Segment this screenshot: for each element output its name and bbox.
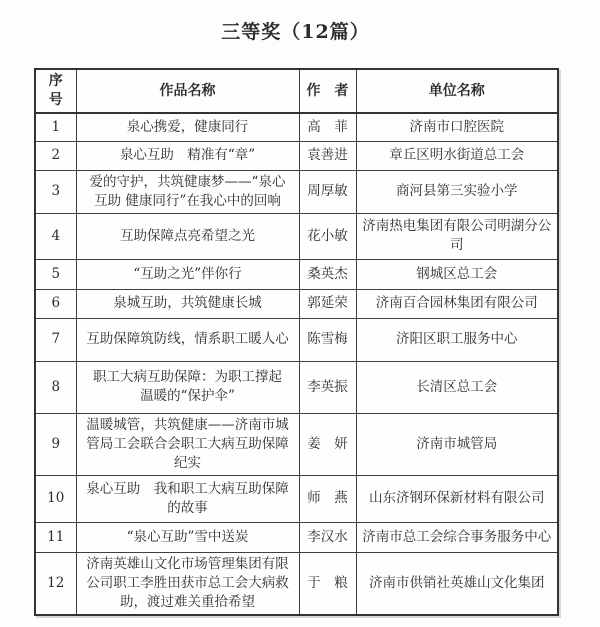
unit-cell: 济南市总工会综合事务服务中心 <box>356 522 558 552</box>
table-row: 7 互助保障筑防线，情系职工暖人心 陈雪梅 济阳区职工服务中心 <box>35 318 558 361</box>
author-cell: 于 粮 <box>299 552 356 615</box>
work-title-cell: 济南英雄山文化市场管理集团有限 公司职工李胜田获市总工会大病救 助，渡过难关重拾… <box>76 552 299 615</box>
row-number-cell: 1 <box>35 113 76 141</box>
row-number-cell: 10 <box>35 475 76 522</box>
table-row: 8 职工大病互助保障：为职工撑起 温暖的“保护伞” 李英振 长清区总工会 <box>35 361 558 413</box>
unit-cell: 济南热电集团有限公司明湖分公 司 <box>356 213 558 259</box>
unit-cell: 钢城区总工会 <box>356 259 558 289</box>
unit-cell: 山东济钢环保新材料有限公司 <box>356 475 558 522</box>
document-page: 三等奖（12篇） 序 号 作品名称 作 者 单位名称 1 泉心携爱，健康同行 高… <box>34 22 557 616</box>
work-title-cell: 互助保障点亮希望之光 <box>76 213 299 259</box>
unit-cell: 济南市城管局 <box>356 413 558 475</box>
unit-cell: 济南百合园林集团有限公司 <box>356 289 558 318</box>
header-cell-no: 序 号 <box>35 69 76 113</box>
work-title-cell: “互助之光”伴你行 <box>76 259 299 289</box>
table-row: 9 温暖城管，共筑健康——济南市城 管局工会联合会职工大病互助保障 纪实 姜 妍… <box>35 413 558 475</box>
unit-cell: 章丘区明水街道总工会 <box>356 141 558 170</box>
row-number-cell: 9 <box>35 413 76 475</box>
unit-cell: 济阳区职工服务中心 <box>356 318 558 361</box>
header-cell-author: 作 者 <box>299 69 356 113</box>
author-cell: 李英振 <box>299 361 356 413</box>
author-cell: 陈雪梅 <box>299 318 356 361</box>
author-cell: 高 菲 <box>299 113 356 141</box>
awards-table: 序 号 作品名称 作 者 单位名称 1 泉心携爱，健康同行 高 菲 济南市口腔医… <box>34 68 559 616</box>
row-number-cell: 5 <box>35 259 76 289</box>
author-cell: 花小敏 <box>299 213 356 259</box>
row-number-cell: 11 <box>35 522 76 552</box>
table-row: 5 “互助之光”伴你行 桑英杰 钢城区总工会 <box>35 259 558 289</box>
author-cell: 袁善进 <box>299 141 356 170</box>
table-row: 11 “泉心互助”雪中送炭 李汉水 济南市总工会综合事务服务中心 <box>35 522 558 552</box>
row-number-cell: 7 <box>35 318 76 361</box>
author-cell: 姜 妍 <box>299 413 356 475</box>
work-title-cell: 爱的守护，共筑健康梦——“泉心 互助 健康同行”在我心中的回响 <box>76 170 299 213</box>
row-number-cell: 6 <box>35 289 76 318</box>
row-number-cell: 12 <box>35 552 76 615</box>
table-row: 1 泉心携爱，健康同行 高 菲 济南市口腔医院 <box>35 113 558 141</box>
work-title-cell: 泉心互助 精准有“章” <box>76 141 299 170</box>
table-row: 10 泉心互助 我和职工大病互助保障 的故事 师 燕 山东济钢环保新材料有限公司 <box>35 475 558 522</box>
unit-cell: 长清区总工会 <box>356 361 558 413</box>
header-cell-unit: 单位名称 <box>356 69 558 113</box>
table-row: 4 互助保障点亮希望之光 花小敏 济南热电集团有限公司明湖分公 司 <box>35 213 558 259</box>
work-title-cell: 职工大病互助保障：为职工撑起 温暖的“保护伞” <box>76 361 299 413</box>
table-row: 12 济南英雄山文化市场管理集团有限 公司职工李胜田获市总工会大病救 助，渡过难… <box>35 552 558 615</box>
table-row: 6 泉城互助，共筑健康长城 郭延荣 济南百合园林集团有限公司 <box>35 289 558 318</box>
author-cell: 师 燕 <box>299 475 356 522</box>
row-number-cell: 3 <box>35 170 76 213</box>
unit-cell: 济南市口腔医院 <box>356 113 558 141</box>
table-header-row: 序 号 作品名称 作 者 单位名称 <box>35 69 558 113</box>
header-cell-work: 作品名称 <box>76 69 299 113</box>
work-title-cell: “泉心互助”雪中送炭 <box>76 522 299 552</box>
unit-cell: 济南市供销社英雄山文化集团 <box>356 552 558 615</box>
work-title-cell: 泉心互助 我和职工大病互助保障 的故事 <box>76 475 299 522</box>
work-title-cell: 温暖城管，共筑健康——济南市城 管局工会联合会职工大病互助保障 纪实 <box>76 413 299 475</box>
author-cell: 李汉水 <box>299 522 356 552</box>
author-cell: 周厚敏 <box>299 170 356 213</box>
work-title-cell: 泉城互助，共筑健康长城 <box>76 289 299 318</box>
table-row: 3 爱的守护，共筑健康梦——“泉心 互助 健康同行”在我心中的回响 周厚敏 商河… <box>35 170 558 213</box>
row-number-cell: 2 <box>35 141 76 170</box>
work-title-cell: 互助保障筑防线，情系职工暖人心 <box>76 318 299 361</box>
table-row: 2 泉心互助 精准有“章” 袁善进 章丘区明水街道总工会 <box>35 141 558 170</box>
page-title: 三等奖（12篇） <box>34 22 557 43</box>
author-cell: 郭延荣 <box>299 289 356 318</box>
author-cell: 桑英杰 <box>299 259 356 289</box>
work-title-cell: 泉心携爱，健康同行 <box>76 113 299 141</box>
unit-cell: 商河县第三实验小学 <box>356 170 558 213</box>
row-number-cell: 4 <box>35 213 76 259</box>
row-number-cell: 8 <box>35 361 76 413</box>
